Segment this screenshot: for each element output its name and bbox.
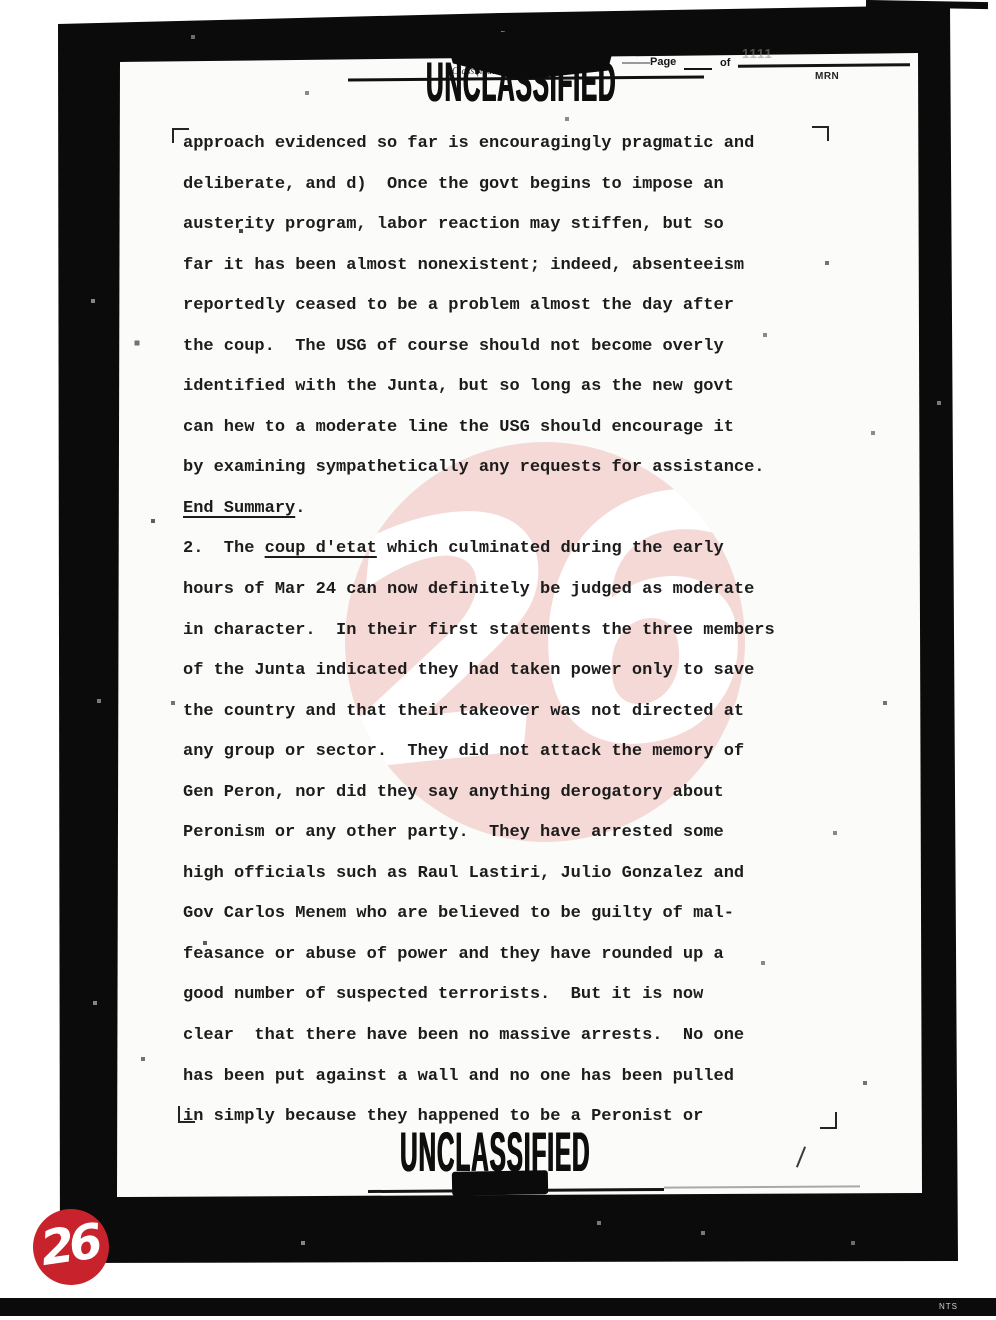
page-of-handwritten-value: 1111 — [742, 46, 773, 61]
badge-number: 26 — [37, 1214, 101, 1277]
document-line: Gen Peron, nor did they say anything der… — [183, 773, 803, 814]
document-line: any group or sector. They did not attack… — [183, 732, 803, 773]
page-number-blank — [684, 68, 712, 70]
document-line: hours of Mar 24 can now definitely be ju… — [183, 570, 803, 611]
corner-mark-top-right — [812, 126, 829, 141]
document-line: the coup. The USG of course should not b… — [183, 327, 803, 368]
document-line: has been put against a wall and no one h… — [183, 1057, 803, 1098]
scan-bottom-strip: NTS — [0, 1298, 996, 1316]
header-gray-line — [622, 62, 650, 64]
document-line: can hew to a moderate line the USG shoul… — [183, 408, 803, 449]
document-line: feasance or abuse of power and they have… — [183, 935, 803, 976]
document-line: high officials such as Raul Lastiri, Jul… — [183, 854, 803, 895]
document-line: 2. The coup d'etat which culminated duri… — [183, 529, 803, 570]
document-line: far it has been almost nonexistent; inde… — [183, 246, 803, 287]
corner-tag-label: NTS — [939, 1302, 958, 1311]
document-line: deliberate, and d) Once the govt begins … — [183, 165, 803, 206]
channel-26-badge: 26 — [33, 1209, 109, 1285]
scan-noise-page — [0, 0, 2, 2]
document-line: by examining sympathetically any request… — [183, 448, 803, 489]
document-line: of the Junta indicated they had taken po… — [183, 651, 803, 692]
scanned-document-page: 26 Classification UNCLASSIFIED Page of 1… — [0, 0, 996, 1320]
document-line: clear that there have been no massive ar… — [183, 1016, 803, 1057]
document-line: Gov Carlos Menem who are believed to be … — [183, 894, 803, 935]
document-line: Peronism or any other party. They have a… — [183, 813, 803, 854]
document-line: austerity program, labor reaction may st… — [183, 205, 803, 246]
mrn-label: MRN — [815, 71, 839, 82]
page-label: Page — [650, 56, 676, 68]
document-line: End Summary. — [183, 489, 803, 530]
document-body: approach evidenced so far is encouraging… — [183, 124, 803, 1138]
of-label: of — [720, 57, 730, 69]
document-line: identified with the Junta, but so long a… — [183, 367, 803, 408]
document-line: approach evidenced so far is encouraging… — [183, 124, 803, 165]
corner-mark-bottom-right — [820, 1112, 837, 1129]
document-line: good number of suspected terrorists. But… — [183, 975, 803, 1016]
redaction-blob-bottom — [452, 1170, 548, 1196]
document-line: in character. In their first statements … — [183, 611, 803, 652]
document-line: the country and that their takeover was … — [183, 692, 803, 733]
document-line: reportedly ceased to be a problem almost… — [183, 286, 803, 327]
